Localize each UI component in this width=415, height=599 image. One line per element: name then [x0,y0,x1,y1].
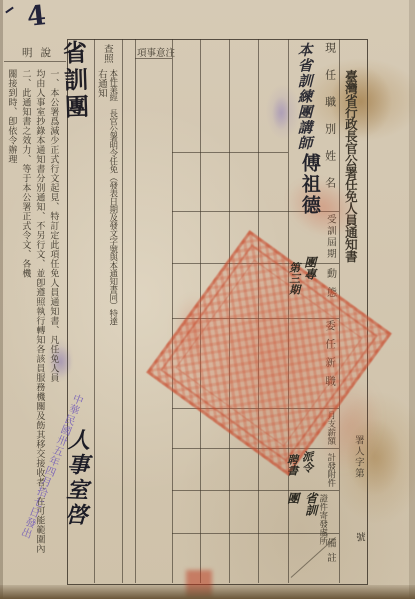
doc-number-suffix: 號 [353,532,364,542]
handwritten-attachment-note-a: 派令 [300,451,313,473]
handwritten-cert-place-b: 團 [285,492,299,504]
stain-top-right [330,66,392,138]
note-item1-col1: 一、本公署爲減少正式行文起見、特訂定此項任免人員通知書、凡任免人員 [48,69,58,369]
bottom-edge [0,585,415,599]
handwritten-current-post: 本省訓練團講師 [295,42,312,151]
notice-text: 本件業經 長官公署明令任免（發表日期及發文字號與本通知書同）特達 [107,69,117,369]
handwritten-cert-place-a: 省訓 [303,492,317,516]
notes-header: 明說 [22,45,59,60]
left-edge-shadow [0,0,3,599]
field-label-cert-delivery-place: 證件寄發處所 [317,494,327,534]
handwritten-attachment-note-b: 聘書 [285,454,298,476]
document-scan: 臺灣省行政長官公署任免人員通知書 署人字第 號 現任職別姓名 受訓屆期 動態 委… [0,0,415,599]
v-line-notice [122,39,123,583]
red-smear-left [172,295,214,367]
handwritten-training-note-a: 團專 [302,256,316,280]
chazhao-label: 查照 [101,44,112,63]
handwritten-training-note-b: 第三期 [287,262,300,295]
stain-violet-top [272,96,290,130]
notes-header-underline [4,61,66,62]
handwritten-signature: 人事室啓 [61,428,90,529]
v-line-attention [135,39,136,583]
h-line-row-7 [172,533,339,534]
attention-header: 項事意注 [137,45,175,59]
pen-tick [5,7,14,14]
handwritten-recipient: 省訓團 [59,40,89,122]
h-line-grid-a [172,152,288,153]
v-line-recipient [94,39,95,583]
right-edge-shadow [409,0,415,599]
right-notice-label: 右通知 [95,69,106,98]
note-item2-col1: 二、此通知書之效力、等于本公署正式令文、各機 [20,69,30,299]
field-label-remarks: 備註 [324,538,335,567]
handwritten-page-number: 4 [25,0,47,33]
h-line-row-6 [172,490,339,491]
note-item2-col2: 關接到時、卽依令辦理 [6,69,16,189]
handwritten-name: 傅祖德 [298,153,320,216]
